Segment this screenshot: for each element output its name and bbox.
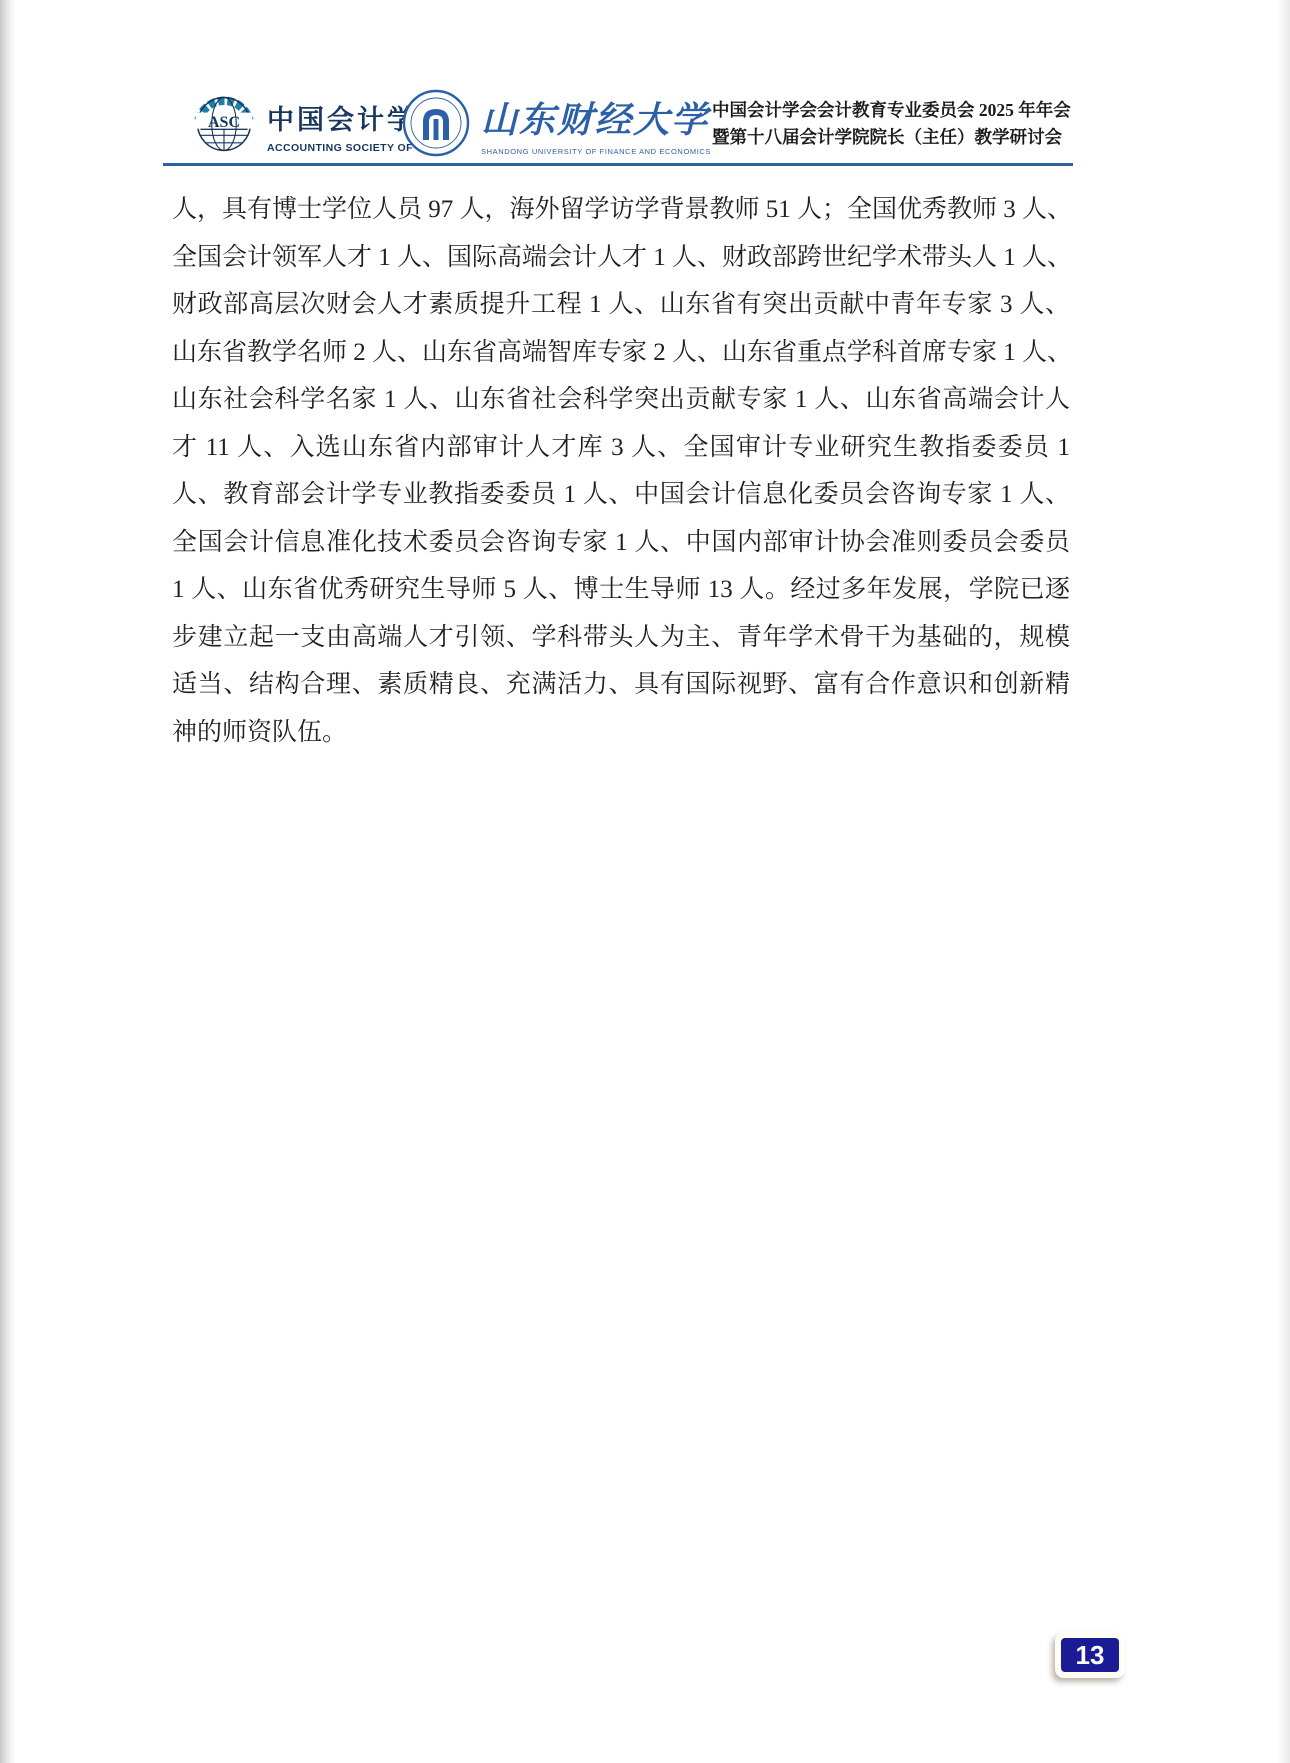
body-line: 人，具有博士学位人员 97 人，海外留学访学背景教师 51 人；全国优秀教师 3… xyxy=(172,186,1070,234)
asc-acronym: ASC xyxy=(208,114,240,131)
body-paragraph: 人，具有博士学位人员 97 人，海外留学访学背景教师 51 人；全国优秀教师 3… xyxy=(172,186,1070,756)
page-number-badge: 13 xyxy=(1055,1632,1125,1678)
sdufe-name-block: 山东财经大学 SHANDONG UNIVERSITY OF FINANCE AN… xyxy=(481,92,711,156)
body-line: 才 11 人、入选山东省内部审计人才库 3 人、全国审计专业研究生教指委委员 1 xyxy=(172,424,1070,472)
page-number-inner: 13 xyxy=(1061,1638,1119,1672)
body-line: 山东社会科学名家 1 人、山东省社会科学突出贡献专家 1 人、山东省高端会计人 xyxy=(172,376,1070,424)
body-line: 1 人、山东省优秀研究生导师 5 人、博士生导师 13 人。经过多年发展，学院已… xyxy=(172,566,1070,614)
photo-edge-left xyxy=(0,0,16,1763)
body-line: 人、教育部会计学专业教指委委员 1 人、中国会计信息化委员会咨询专家 1 人、 xyxy=(172,471,1070,519)
asc-globe-icon: ASC xyxy=(191,90,257,156)
body-line: 财政部高层次财会人才素质提升工程 1 人、山东省有突出贡献中青年专家 3 人、 xyxy=(172,281,1070,329)
body-line: 神的师资队伍。 xyxy=(172,709,1070,757)
conference-title: 中国会计学会会计教育专业委员会 2025 年年会 暨第十八届会计学院院长（主任）… xyxy=(712,97,1073,151)
photo-edge-right xyxy=(1278,0,1290,1763)
body-line: 全国会计领军人才 1 人、国际高端会计人才 1 人、财政部跨世纪学术带头人 1 … xyxy=(172,234,1070,282)
page-number: 13 xyxy=(1076,1640,1105,1671)
conference-title-line2: 暨第十八届会计学院院长（主任）教学研讨会 xyxy=(712,124,1073,151)
body-line: 步建立起一支由高端人才引领、学科带头人为主、青年学术骨干为基础的，规模 xyxy=(172,614,1070,662)
sdufe-name-cn: 山东财经大学 xyxy=(481,92,711,143)
page-header: ASC 中国会计学会 ACCOUNTING SOCIETY OF CHINA 山… xyxy=(163,88,1073,166)
conference-title-line1: 中国会计学会会计教育专业委员会 2025 年年会 xyxy=(712,97,1073,124)
university-seal-icon xyxy=(401,88,471,158)
body-line: 山东省教学名师 2 人、山东省高端智库专家 2 人、山东省重点学科首席专家 1 … xyxy=(172,329,1070,377)
body-line: 全国会计信息准化技术委员会咨询专家 1 人、中国内部审计协会准则委员会委员 xyxy=(172,519,1070,567)
body-line: 适当、结构合理、素质精良、充满活力、具有国际视野、富有合作意识和创新精 xyxy=(172,661,1070,709)
header-divider xyxy=(163,163,1073,166)
sdufe-name-en: SHANDONG UNIVERSITY OF FINANCE AND ECONO… xyxy=(481,147,711,156)
